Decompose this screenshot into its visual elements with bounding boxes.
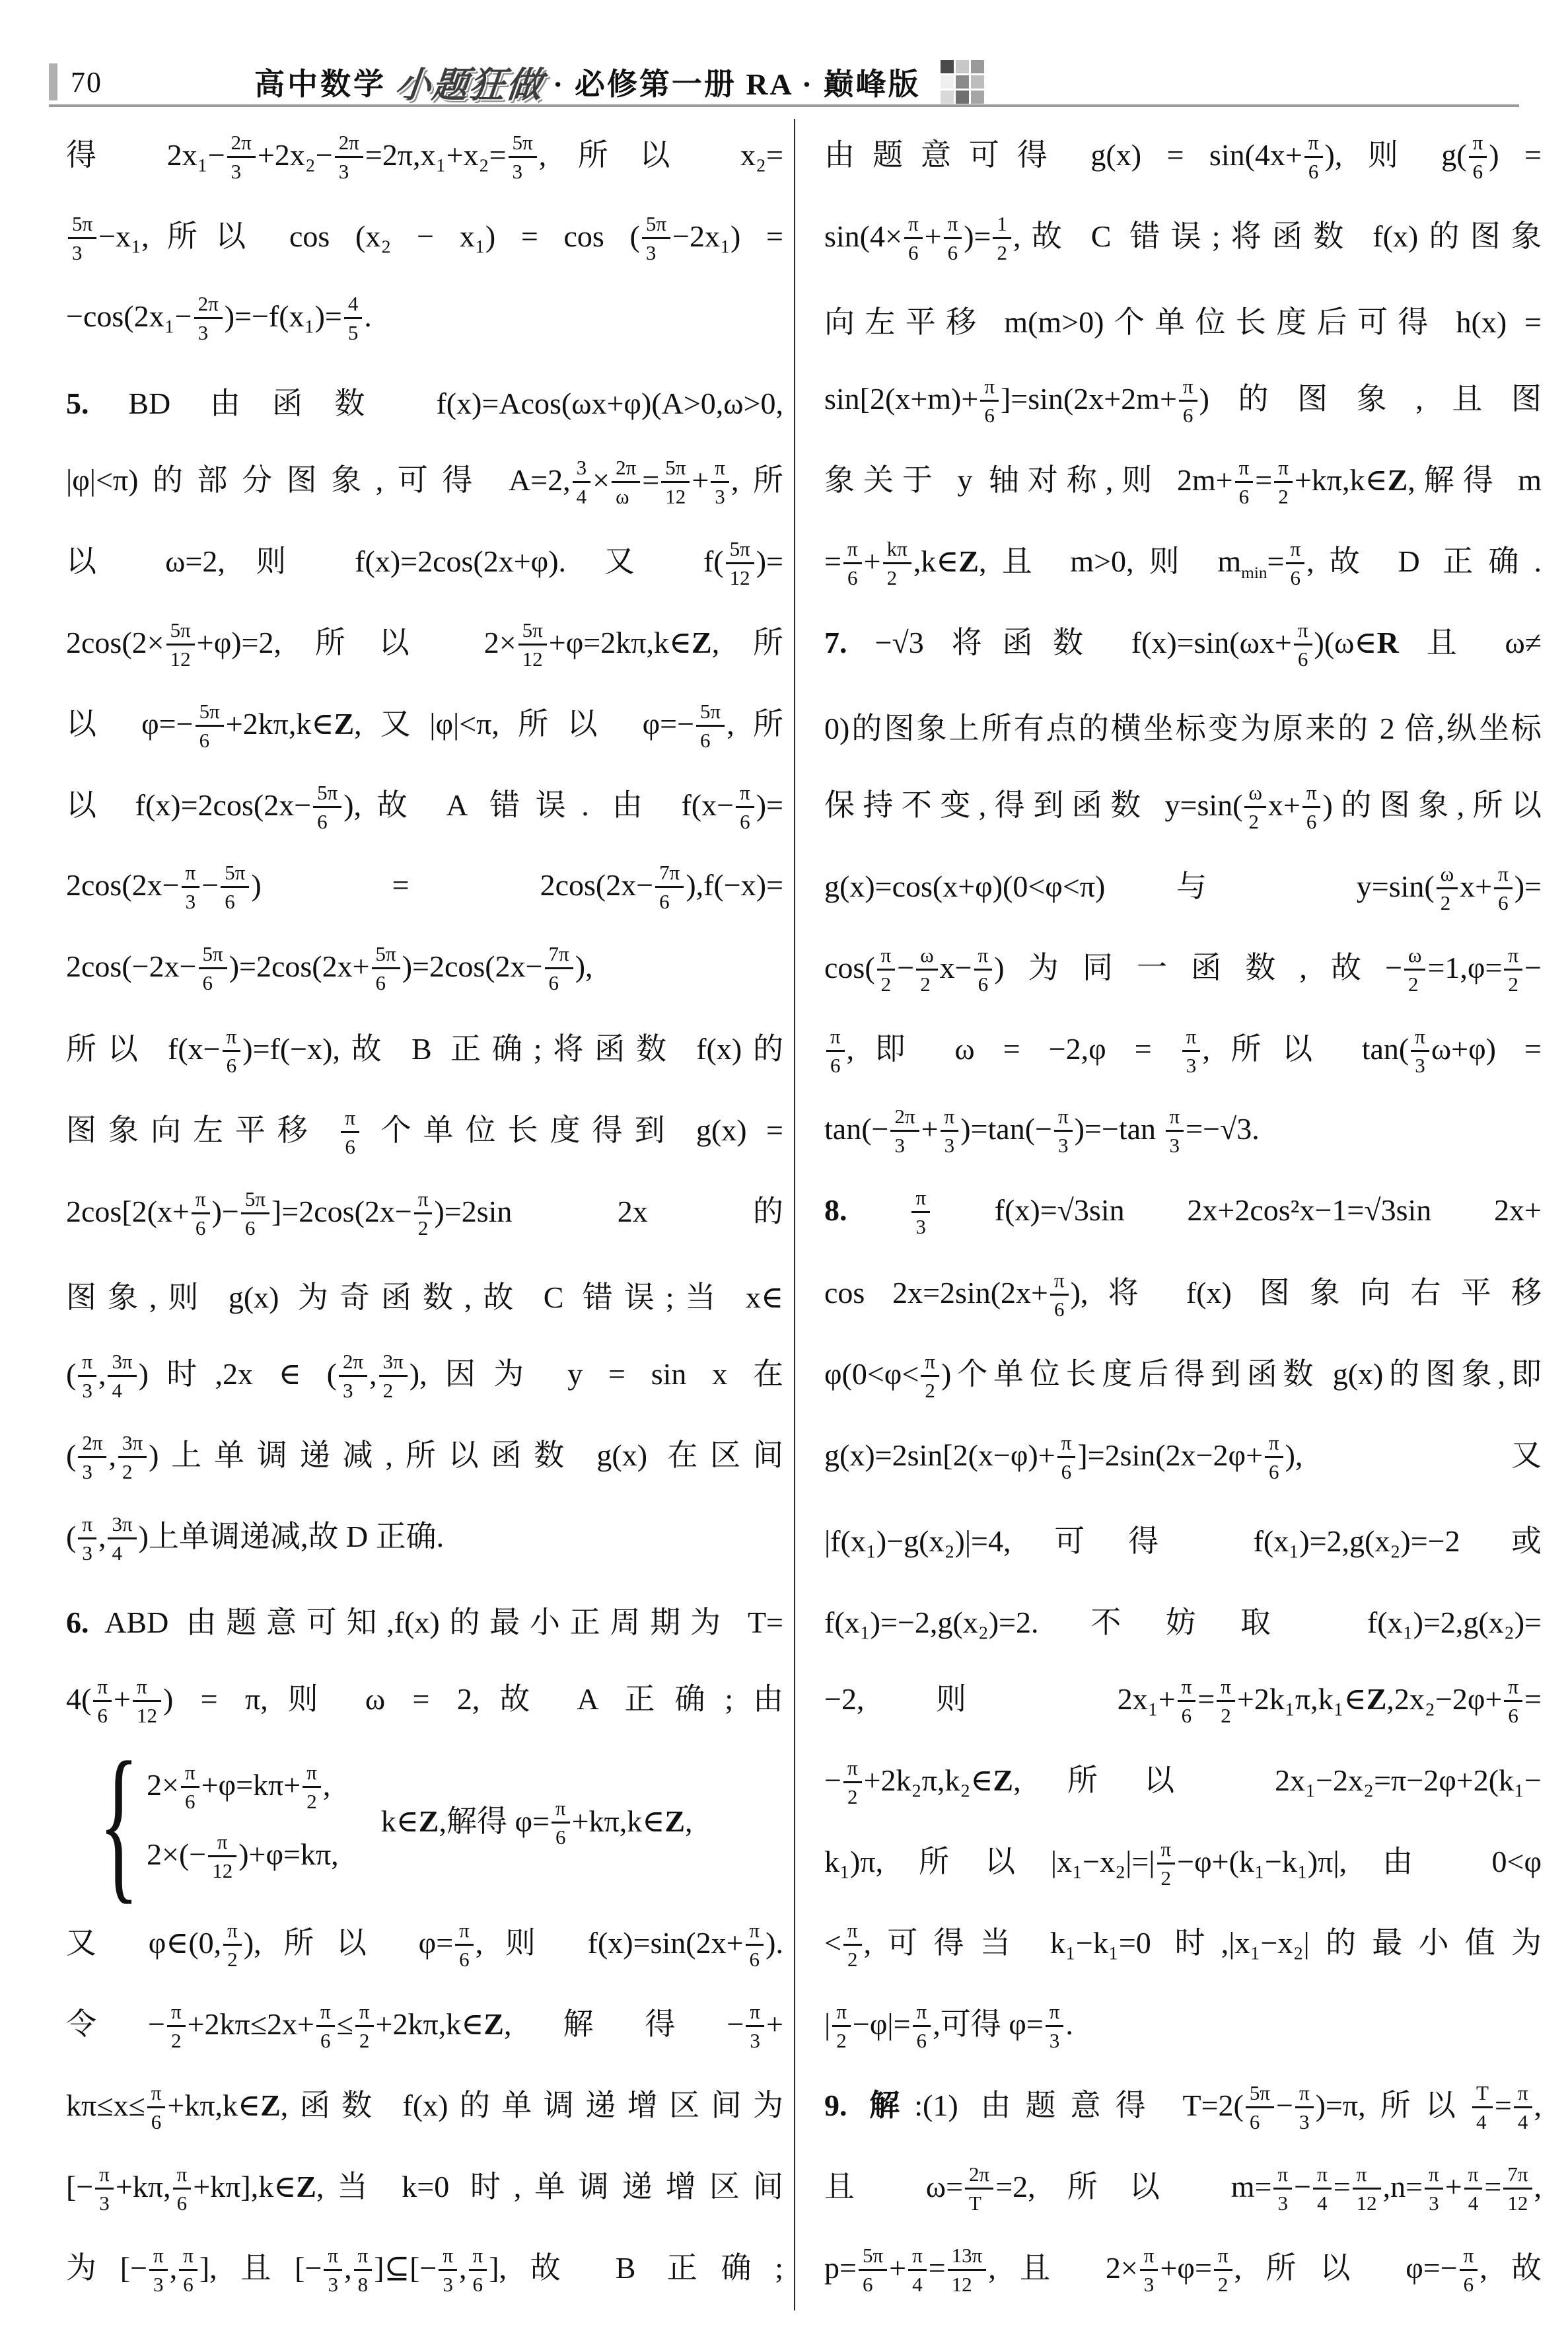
fraction: 7π6 <box>545 943 573 993</box>
fraction: π2 <box>1157 1839 1176 1888</box>
checker-square <box>971 91 984 104</box>
fraction: 2πT <box>965 2164 993 2213</box>
solution-line: 以 ω=2,则 f(x)=2cos(2x+φ). 又 f(5π12)= <box>66 523 783 604</box>
system-equation: 2×(−π12)+φ=kπ, <box>147 1833 339 1882</box>
fraction: 7π12 <box>1503 2164 1532 2213</box>
equation-system: {2×π6+φ=kπ+π2,2×(−π12)+φ=kπ,k∈Z,解得 φ=π6+… <box>66 1742 783 1904</box>
fraction: π2 <box>1217 1676 1235 1726</box>
fraction: π2 <box>303 1762 321 1812</box>
column-divider <box>794 119 795 2310</box>
solution-line: 以 f(x)=2cos(2x−5π6),故 A 错误. 由 f(x−π6)= <box>66 766 783 848</box>
fraction: π2 <box>1274 457 1293 507</box>
checker-square <box>971 60 984 73</box>
fraction: 3π2 <box>379 1351 408 1401</box>
fraction: π6 <box>904 213 923 263</box>
fraction: π6 <box>1302 782 1321 832</box>
solution-line: sin(4×π6+π6)=12,故 C 错误;将函数 f(x)的图象 <box>824 198 1542 279</box>
fraction: π6 <box>1494 864 1513 913</box>
fraction: 34 <box>573 457 591 507</box>
solution-line: sin[2(x+m)+π6]=sin(2x+2m+π6)的图象,且图 <box>824 360 1542 441</box>
solution-line: 向左平移 m(m>0)个单位长度后可得 h(x) = <box>824 279 1542 360</box>
fraction: 45 <box>344 293 363 343</box>
solution-line: −cos(2x₁−2π3)=−f(x₁)=45. <box>66 279 783 360</box>
fraction: π2 <box>832 2001 851 2051</box>
fraction: π3 <box>746 2001 764 2051</box>
fraction: π6 <box>1265 1432 1283 1482</box>
fraction: π6 <box>980 376 999 425</box>
fraction: 7π6 <box>655 862 684 912</box>
fraction: π3 <box>1295 2083 1314 2132</box>
fraction: π2 <box>414 1189 433 1238</box>
solution-line: cos 2x=2sin(2x+π6),将 f(x) 图象向右平移 <box>824 1254 1542 1335</box>
fraction: π2 <box>223 1920 242 1970</box>
fraction: 5π12 <box>661 457 690 507</box>
fraction: ω2 <box>1404 945 1425 994</box>
fraction: π3 <box>1166 1106 1184 1156</box>
fraction: π3 <box>78 1351 96 1401</box>
fraction: π6 <box>223 1026 241 1076</box>
solution-line: 2cos(2×5π12+φ)=2,所以 2×5π12+φ=2kπ,k∈Z,所 <box>66 604 783 685</box>
fraction: π2 <box>843 1920 862 1970</box>
solution-line: 且 ω=2πT=2,所以 m=π3−π4=π12,n=π3+π4=7π12, <box>824 2148 1542 2229</box>
solution-line: |π2−φ|=π6,可得 φ=π3. <box>824 1985 1542 2067</box>
fraction: π2 <box>877 945 896 994</box>
fraction: π3 <box>911 1187 930 1237</box>
fraction: 2π3 <box>890 1106 919 1156</box>
fraction: π6 <box>826 1026 845 1076</box>
system-brace: { <box>98 1736 139 1910</box>
fraction: π3 <box>1425 2164 1443 2213</box>
fraction: π6 <box>192 1189 210 1238</box>
solution-line: 图象,则 g(x) 为奇函数,故 C 错误;当 x∈ <box>66 1254 783 1335</box>
fraction: π6 <box>1179 376 1197 425</box>
fraction: π3 <box>1273 2164 1292 2213</box>
fraction: π2 <box>843 1757 862 1807</box>
fraction: π2 <box>355 2001 374 2051</box>
fraction: π3 <box>711 457 729 507</box>
fraction: ω2 <box>916 945 937 994</box>
fraction: π3 <box>1411 1026 1429 1076</box>
fraction: π3 <box>1046 2001 1064 2051</box>
fraction: 2πω <box>612 457 640 507</box>
solution-line: 2cos(−2x−5π6)=2cos(2x+5π6)=2cos(2x−7π6), <box>66 929 783 1010</box>
checker-square <box>941 91 954 104</box>
solution-line: k₁)π,所以|x₁−x₂|=|π2−φ+(k₁−k₁)π|,由 0<φ <box>824 1823 1542 1904</box>
fraction: π6 <box>179 2245 197 2295</box>
edition-label: · 必修第一册 RA · 巅峰版 <box>553 60 921 104</box>
solution-line: g(x)=2sin[2(x−φ)+π6]=2sin(2x−2φ+π6),又 <box>824 1417 1542 1498</box>
fraction: π6 <box>1460 2245 1478 2295</box>
fraction: π3 <box>1182 1026 1201 1076</box>
fraction: 5π6 <box>221 862 249 912</box>
fraction: 13π12 <box>948 2245 987 2295</box>
solution-line: 图象向左平移 π6 个单位长度得到 g(x) = <box>66 1091 783 1173</box>
fraction: π3 <box>1054 1106 1073 1156</box>
fraction: π4 <box>908 2245 927 2295</box>
fraction: π3 <box>78 1514 96 1563</box>
fraction: 2π3 <box>194 293 223 343</box>
solution-line: 象关于 y 轴对称,则 2m+π6=π2+kπ,k∈Z,解得 m <box>824 441 1542 523</box>
fraction: π6 <box>1504 1676 1522 1726</box>
fraction: π3 <box>439 2245 457 2295</box>
solution-line: cos(π2−ω2x−π6)为同一函数,故−ω2=1,φ=π2− <box>824 929 1542 1010</box>
fraction: π4 <box>1313 2164 1332 2213</box>
page-number: 70 <box>71 65 102 99</box>
fraction: 12 <box>993 213 1011 263</box>
checker-square <box>971 75 984 89</box>
fraction: π12 <box>133 1676 161 1726</box>
fraction: π6 <box>746 1920 764 1970</box>
right-column: 由题意可得 g(x) = sin(4x+π6), 则 g(π6) =sin(4×… <box>824 116 1542 2310</box>
fraction: 3π4 <box>108 1351 136 1401</box>
fraction: π6 <box>181 1762 199 1812</box>
fraction: π6 <box>1050 1270 1069 1319</box>
solution-line: −2,则 2x₁+π6=π2+2k₁π,k₁∈Z,2x₂−2φ+π6= <box>824 1660 1542 1742</box>
fraction: ω2 <box>1437 864 1458 913</box>
fraction: π4 <box>1514 2083 1532 2132</box>
fraction: π6 <box>316 2001 335 2051</box>
fraction: π6 <box>944 213 962 263</box>
solution-line: (π3,3π4)上单调递减,故 D 正确. <box>66 1498 783 1579</box>
fraction: 2π3 <box>339 1351 367 1401</box>
fraction: π3 <box>324 2245 342 2295</box>
fraction: π6 <box>1286 538 1304 588</box>
solution-line: 由题意可得 g(x) = sin(4x+π6), 则 g(π6) = <box>824 116 1542 198</box>
solution-line: 8. π3 f(x)=√3sin 2x+2cos²x−1=√3sin 2x+ <box>824 1173 1542 1254</box>
fraction: 5π6 <box>696 701 725 751</box>
checker-square <box>956 75 969 89</box>
system-equation: 2×π6+φ=kπ+π2, <box>147 1763 339 1813</box>
fraction: 5π6 <box>199 943 227 993</box>
solution-line: 5. BD 由函数 f(x)=Acos(ωx+φ)(A>0,ω>0, <box>66 360 783 441</box>
solution-line: (π3,3π4)时,2x ∈ (2π3,3π2),因为 y = sin x 在 <box>66 1335 783 1417</box>
solution-line: 为[−π3,π6],且[−π3,π8]⊆[−π3,π6],故 B 正确; <box>66 2229 783 2310</box>
fraction: 5π12 <box>518 620 547 669</box>
fraction: 5π6 <box>196 701 224 751</box>
fraction: π6 <box>469 2245 487 2295</box>
fraction: 5π3 <box>68 213 96 263</box>
solution-line: 又 φ∈(0,π2),所以 φ=π6,则 f(x)=sin(2x+π6). <box>66 1904 783 1985</box>
solution-line: [−π3+kπ,π6+kπ],k∈Z,当 k=0 时,单调递增区间 <box>66 2148 783 2229</box>
fraction: π8 <box>354 2245 373 2295</box>
solution-line: −π2+2k₂π,k₂∈Z,所以 2x₁−2x₂=π−2φ+2(k₁− <box>824 1742 1542 1823</box>
fraction: 5π3 <box>509 132 537 182</box>
fraction: π12 <box>208 1831 236 1881</box>
header-accent-bar <box>49 63 57 100</box>
fraction: T4 <box>1472 2083 1493 2132</box>
fraction: 3π2 <box>118 1432 147 1482</box>
fraction: π6 <box>974 945 993 994</box>
solution-line: tan(−2π3+π3)=tan(−π3)=−tan π3=−√3. <box>824 1091 1542 1173</box>
fraction: 5π3 <box>642 213 670 263</box>
fraction: π6 <box>341 1107 359 1157</box>
solution-line: (2π3,3π2)上单调递减,所以函数 g(x) 在区间 <box>66 1417 783 1498</box>
checker-square <box>941 60 954 73</box>
solution-line: 2cos(2x−π3−5π6) = 2cos(2x−7π6),f(−x)= <box>66 848 783 929</box>
checker-square <box>956 60 969 73</box>
system-conclusion: k∈Z,解得 φ=π6+kπ,k∈Z, <box>381 1797 693 1849</box>
fraction: 5π6 <box>372 943 400 993</box>
fraction: π6 <box>1469 132 1487 182</box>
fraction: 5π6 <box>1246 2083 1274 2132</box>
fraction: π2 <box>1214 2245 1232 2295</box>
solution-line: f(x₁)=−2,g(x₂)=2. 不妨取 f(x₁)=2,g(x₂)= <box>824 1579 1542 1660</box>
checker-square <box>956 91 969 104</box>
fraction: π6 <box>736 782 754 832</box>
solution-line: φ(0<φ<π2)个单位长度后得到函数 g(x)的图象,即 <box>824 1335 1542 1417</box>
solution-line: |f(x₁)−g(x₂)|=4,可得 f(x₁)=2,g(x₂)=−2 或 <box>824 1498 1542 1579</box>
fraction: π3 <box>941 1106 959 1156</box>
fraction: π12 <box>1353 2164 1381 2213</box>
left-column: 得 2x₁−2π3+2x₂−2π3=2π,x₁+x₂=5π3,所以 x₂=5π3… <box>66 116 783 2310</box>
fraction: ω2 <box>1244 782 1265 832</box>
solution-line: kπ≤x≤π6+kπ,k∈Z,函数 f(x)的单调递增区间为 <box>66 2067 783 2148</box>
fraction: π6 <box>1235 457 1254 507</box>
fraction: 5π6 <box>859 2245 887 2295</box>
page-header: 70 高中数学 小题狂做 · 必修第一册 RA · 巅峰版 <box>49 59 1519 107</box>
fraction: π6 <box>173 2164 192 2213</box>
fraction: π6 <box>552 1798 570 1847</box>
fraction: 3π4 <box>108 1514 136 1563</box>
solution-line: g(x)=cos(x+φ)(0<φ<π)与 y=sin(ω2x+π6)= <box>824 848 1542 929</box>
solution-line: π6,即 ω = −2,φ = π3,所以 tan(π3ω+φ) = <box>824 1010 1542 1091</box>
solution-line: 保持不变,得到函数 y=sin(ω2x+π6)的图象,所以 <box>824 766 1542 848</box>
solutions-content: 得 2x₁−2π3+2x₂−2π3=2π,x₁+x₂=5π3,所以 x₂=5π3… <box>66 116 1542 2310</box>
checker-square <box>941 75 954 89</box>
solution-line: 以 φ=−5π6+2kπ,k∈Z,又|φ|<π,所以 φ=−5π6,所 <box>66 685 783 766</box>
fraction: π3 <box>1140 2245 1158 2295</box>
fraction: π6 <box>1304 132 1323 182</box>
solution-line: 令−π2+2kπ≤2x+π6≤π2+2kπ,k∈Z,解得−π3+ <box>66 1985 783 2067</box>
solution-line: 7. −√3 将函数 f(x)=sin(ωx+π6)(ω∈R 且 ω≠ <box>824 604 1542 685</box>
fraction: π3 <box>149 2245 168 2295</box>
fraction: 5π6 <box>241 1189 269 1238</box>
solution-line: 所以 f(x−π6)=f(−x),故 B 正确;将函数 f(x)的 <box>66 1010 783 1091</box>
fraction: π2 <box>167 2001 186 2051</box>
solution-line: 6. ABD 由题意可知,f(x)的最小正周期为 T= <box>66 1579 783 1660</box>
solution-line: 4(π6+π12) = π,则 ω = 2,故 A 正确;由 <box>66 1660 783 1742</box>
fraction: π6 <box>1178 1676 1196 1726</box>
fraction: π6 <box>843 538 862 588</box>
solution-line: 得 2x₁−2π3+2x₂−2π3=2π,x₁+x₂=5π3,所以 x₂= <box>66 116 783 198</box>
fraction: 5π12 <box>166 620 195 669</box>
fraction: π6 <box>93 1676 112 1726</box>
solution-line: 0)的图象上所有点的横坐标变为原来的 2 倍,纵坐标 <box>824 685 1542 766</box>
book-series-title: 高中数学 <box>254 60 386 104</box>
fraction: π4 <box>1464 2164 1483 2213</box>
fraction: kπ2 <box>883 538 911 588</box>
fraction: 5π6 <box>313 782 341 832</box>
fraction: 2π3 <box>78 1432 106 1482</box>
solution-line: =π6+kπ2,k∈Z,且 m>0,则 mmin=π6,故 D 正确. <box>824 523 1542 604</box>
solution-line: 5π3−x₁,所以 cos (x₂ − x₁) = cos (5π3−2x₁) … <box>66 198 783 279</box>
fraction: π3 <box>182 862 200 912</box>
solution-line: p=5π6+π4=13π12,且 2×π3+φ=π2,所以 φ=−π6,故 <box>824 2229 1542 2310</box>
solution-line: <π2,可得当 k₁−k₁=0 时,|x₁−x₂|的最小值为 <box>824 1904 1542 1985</box>
solution-line: 9. 解:(1) 由题意得 T=2(5π6−π3)=π,所以T4=π4, <box>824 2067 1542 2148</box>
fraction: π6 <box>1294 620 1312 669</box>
fraction: π2 <box>1504 945 1522 994</box>
fraction: 5π12 <box>726 538 754 588</box>
checker-decoration-icon <box>941 60 984 104</box>
fraction: π3 <box>95 2164 114 2213</box>
solution-line: |φ|<π)的部分图象,可得 A=2,34×2πω=5π12+π3,所 <box>66 441 783 523</box>
solution-line: 2cos[2(x+π6)−5π6]=2cos(2x−π2)=2sin 2x 的 <box>66 1173 783 1254</box>
fraction: π6 <box>913 2001 931 2051</box>
fraction: π6 <box>455 1920 474 1970</box>
fraction: π6 <box>147 2083 166 2132</box>
fraction: π6 <box>1057 1432 1076 1482</box>
fraction: 2π3 <box>335 132 363 182</box>
fraction: 2π3 <box>227 132 256 182</box>
fraction: π2 <box>921 1351 939 1401</box>
series-logo: 小题狂做 <box>393 57 546 108</box>
